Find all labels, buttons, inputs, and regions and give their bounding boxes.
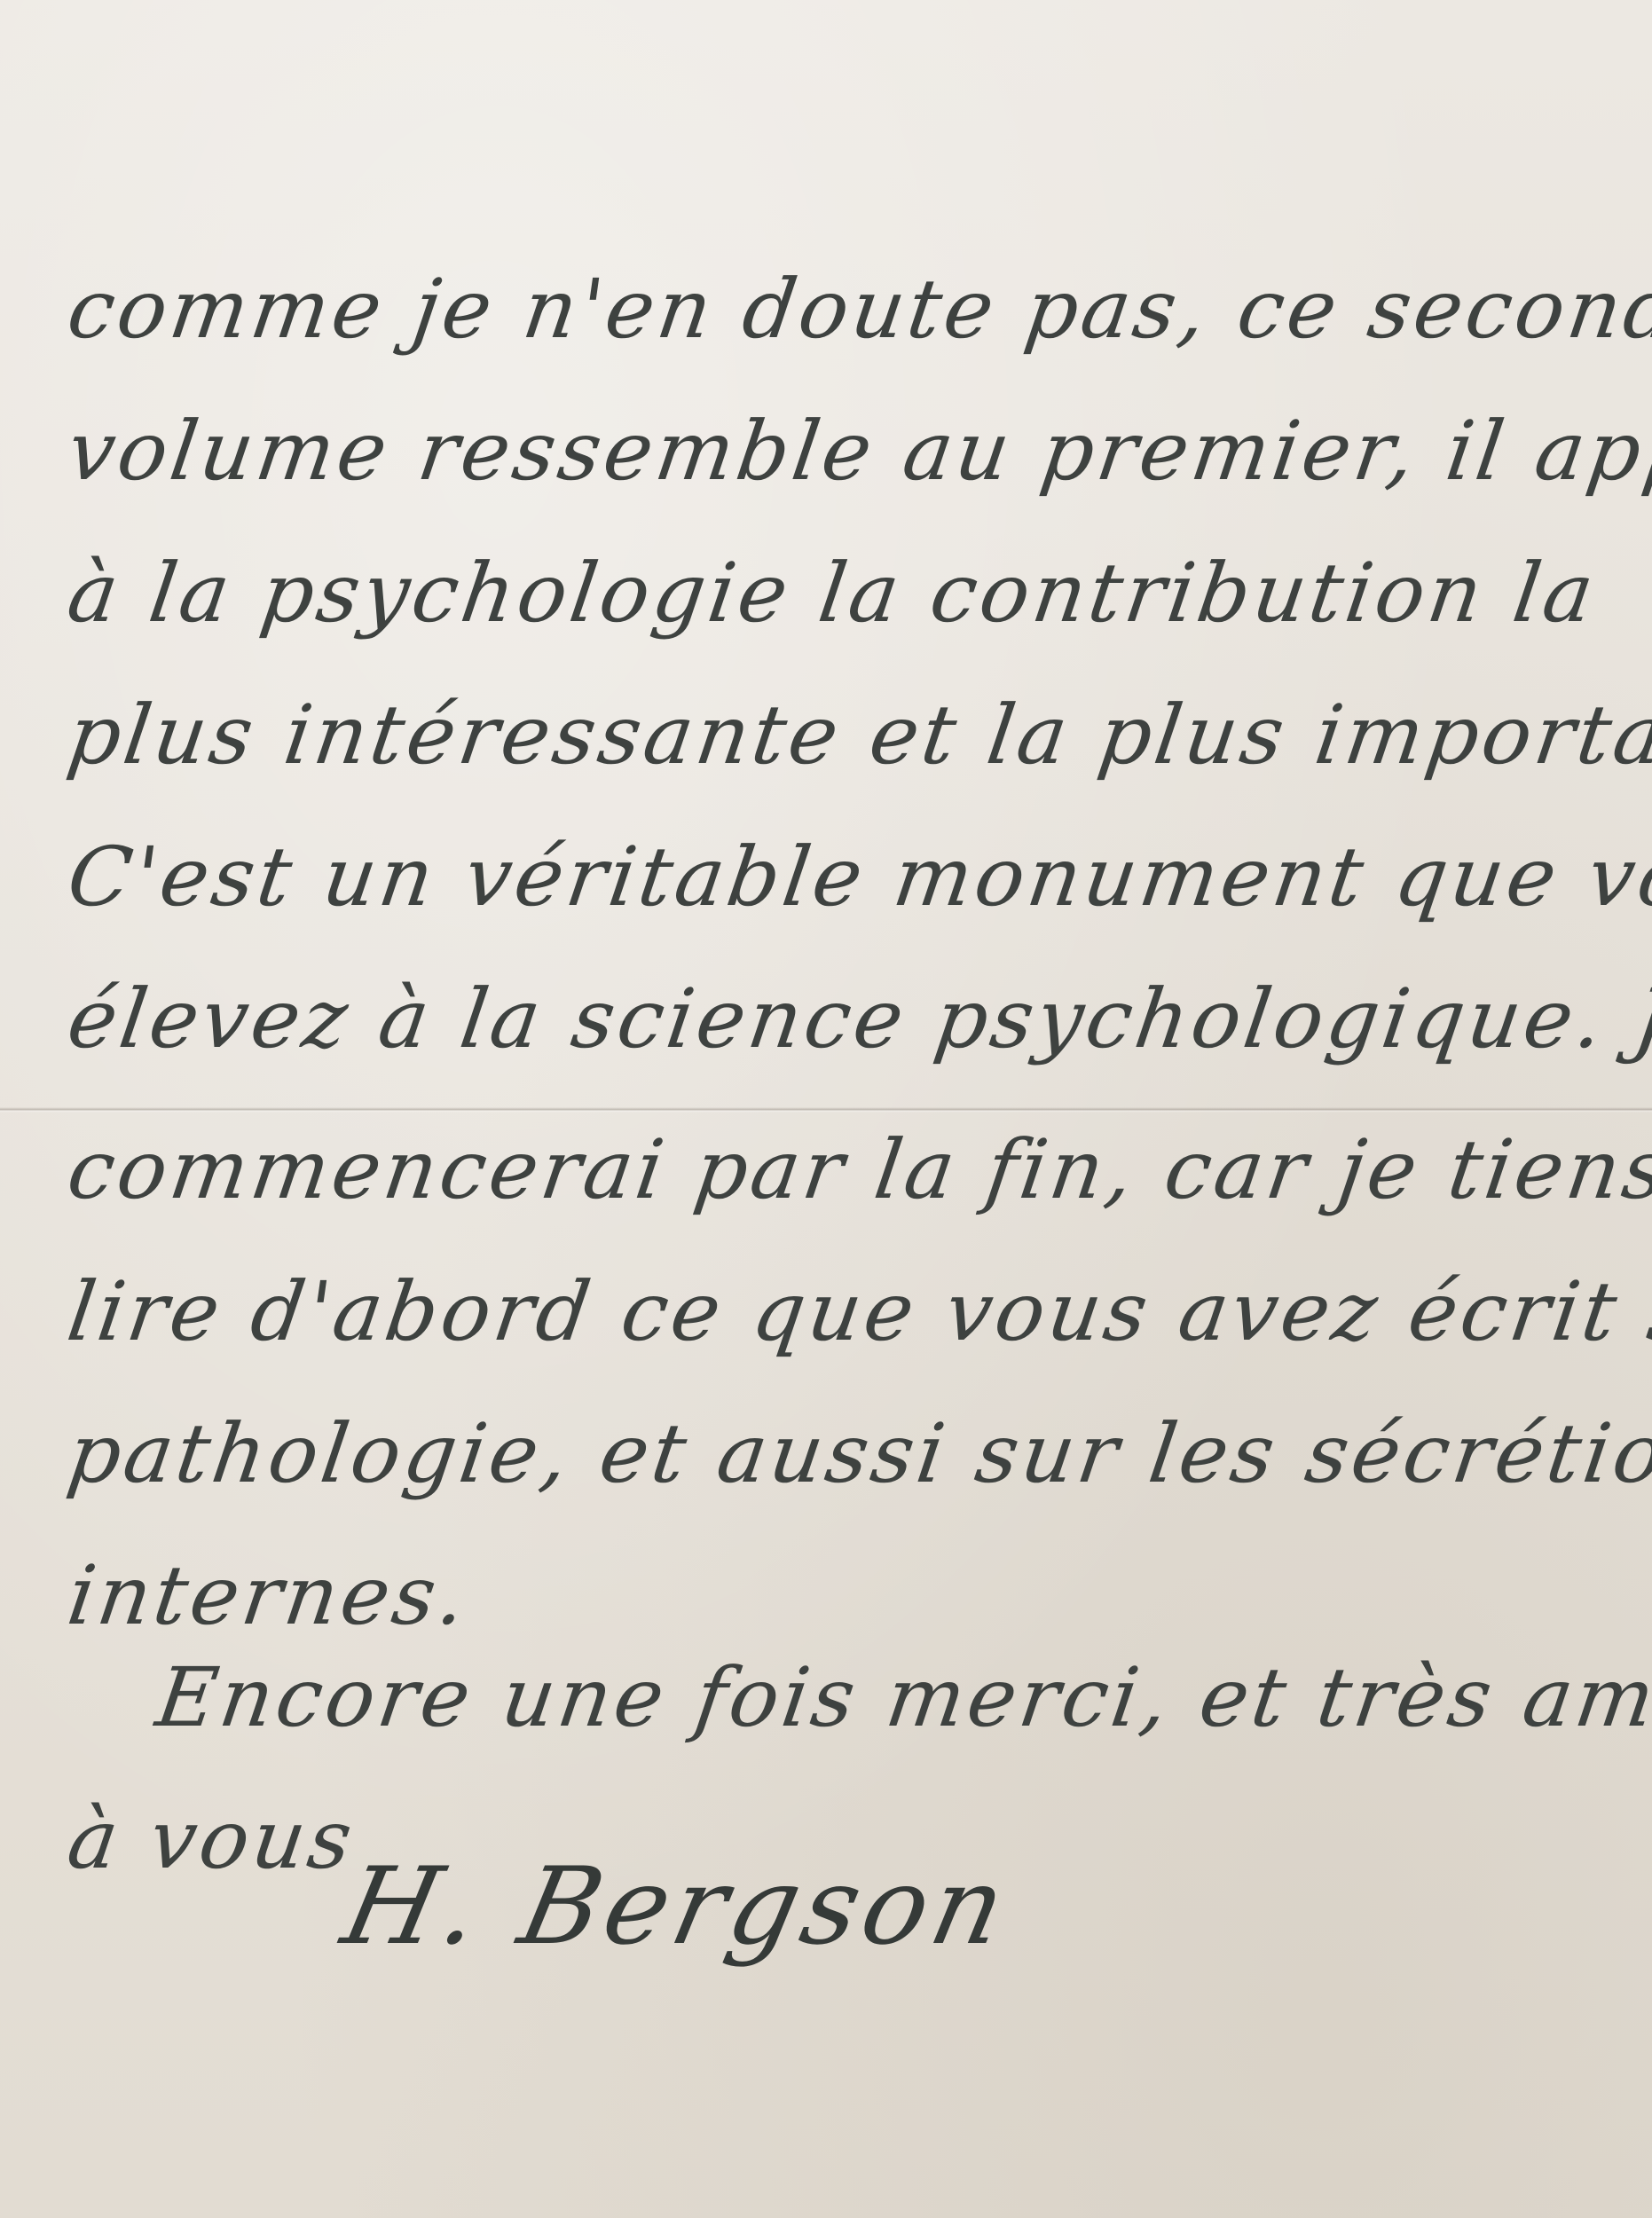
closing-continuation: à vous [62,1792,361,1887]
letter-line: élevez à la science psychologique. Je [62,971,1652,1066]
letter-line: pathologie, et aussi sur les sécrétions [62,1406,1652,1501]
letter-line: commencerai par la fin, car je tiens à [62,1122,1652,1217]
letter-line: internes. [62,1548,475,1643]
letter-line: plus intéressante et la plus importante. [62,688,1652,783]
letter-line: volume ressemble au premier, il apporter… [62,404,1652,499]
signature: H. Bergson [333,1845,1020,1969]
letter-line: C'est un véritable monument que vous [62,830,1652,924]
letter-page: comme je n'en doute pas, ce second volum… [0,0,1652,2218]
letter-line: comme je n'en doute pas, ce second [62,262,1652,357]
paper-fold-crease [0,1107,1652,1113]
letter-line: à la psychologie la contribution la [62,546,1602,641]
closing-line: Encore une fois merci, et très amicaleme… [151,1650,1652,1745]
letter-line: lire d'abord ce que vous avez écrit sur … [62,1264,1652,1359]
